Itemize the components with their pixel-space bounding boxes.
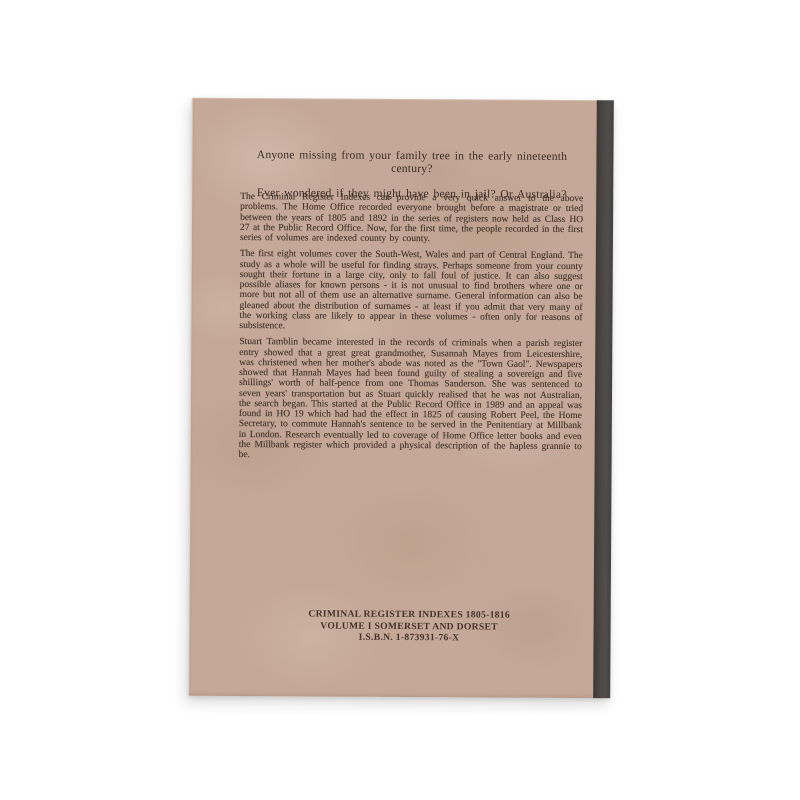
blurb-text: The Criminal Register Indexes can provid… [239,192,584,468]
headline-question-1: Anyone missing from your family tree in … [240,148,583,176]
imprint-block: CRIMINAL REGISTER INDEXES 1805-1816 VOLU… [238,608,581,645]
blurb-paragraph-2: The first eight volumes cover the South-… [239,249,582,333]
book-photo: Anyone missing from your family tree in … [0,0,800,800]
blurb-paragraph-1: The Criminal Register Indexes can provid… [240,192,583,245]
book-back-cover: Anyone missing from your family tree in … [188,98,614,699]
imprint-isbn: I.S.B.N. 1-873931-76-X [238,631,581,645]
blurb-paragraph-3: Stuart Tamblin became interested in the … [239,337,583,462]
cover-face: Anyone missing from your family tree in … [188,98,598,698]
book-spine [593,100,614,698]
